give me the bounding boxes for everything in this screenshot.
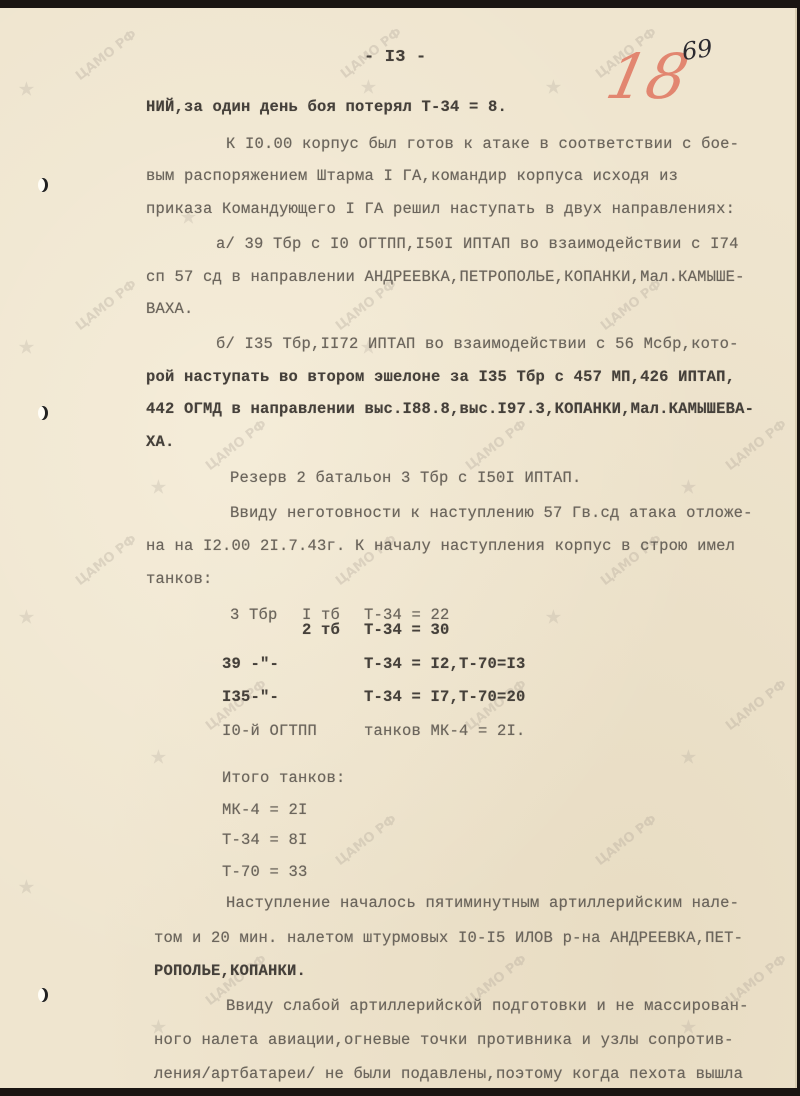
handwritten-archive-number: 69 [680,34,714,66]
tank-table-value: танков МК-4 = 2I. [364,722,526,740]
totals-item: Т-70 = 33 [222,863,308,881]
watermark: ЦАМО РФ [598,277,665,334]
text-line: ления/артбатареи/ не были подавлены,поэт… [154,1065,743,1083]
tank-table-unit: 39 -"- [222,655,279,673]
text-line: сп 57 сд в направлении АНДРЕЕВКА,ПЕТРОПО… [146,268,745,286]
text-line: вым распоряжением Штарма I ГА,командир к… [146,167,678,185]
text-line: а/ 39 Тбр с I0 ОГТПП,I50I ИПТАП во взаим… [216,235,739,253]
totals-item: Т-34 = 8I [222,831,308,849]
star-watermark-icon: ★ [545,598,562,633]
tank-table-unit: I0-й ОГТПП [222,722,317,740]
punch-hole [38,406,48,420]
text-line: том и 20 мин. налетом штурмовых I0-I5 ИЛ… [154,929,743,947]
text-line: 442 ОГМД в направлении выс.I88.8,выс.I97… [146,400,754,418]
text-line: Резерв 2 батальон 3 Тбр с I50I ИПТАП. [230,469,582,487]
star-watermark-icon: ★ [150,738,167,773]
punch-hole [38,988,48,1002]
text-line: Ввиду неготовности к наступлению 57 Гв.с… [230,504,753,522]
totals-item: МК-4 = 2I [222,801,308,819]
document-page: ЦАМО РФ ЦАМО РФ ЦАМО РФ ЦАМО РФ ЦАМО РФ … [0,8,797,1088]
text-line: РОПОЛЬЕ,КОПАНКИ. [154,962,306,980]
text-line: НИЙ,за один день боя потерял Т-34 = 8. [146,98,507,116]
text-line: на на I2.00 2I.7.43г. К началу наступлен… [146,537,735,555]
text-line: ВАХА. [146,300,194,318]
star-watermark-icon: ★ [680,468,697,503]
text-line: Наступление началось пятиминутным артилл… [226,894,739,912]
text-line: б/ I35 Тбр,II72 ИПТАП во взаимодействии … [216,335,739,353]
star-watermark-icon: ★ [680,738,697,773]
tank-table-sub: 2 тб [302,621,340,639]
watermark: ЦАМО РФ [333,277,400,334]
punch-hole [38,178,48,192]
watermark: ЦАМО РФ [203,417,270,474]
watermark: ЦАМО РФ [723,677,790,734]
watermark: ЦАМО РФ [333,812,400,869]
star-watermark-icon: ★ [18,868,35,903]
watermark: ЦАМО РФ [593,812,660,869]
text-line: К I0.00 корпус был готов к атаке в соотв… [226,135,739,153]
text-line: рой наступать во втором эшелоне за I35 Т… [146,368,735,386]
watermark: ЦАМО РФ [463,417,530,474]
totals-header: Итого танков: [222,769,346,787]
star-watermark-icon: ★ [545,68,562,103]
tank-table-unit: 3 Тбр [230,606,278,624]
page-number: - I3 - [364,48,426,67]
star-watermark-icon: ★ [18,70,35,105]
tank-table-value: Т-34 = 30 [364,621,450,639]
star-watermark-icon: ★ [18,598,35,633]
text-line: Ввиду слабой артиллерийской подготовки и… [226,997,749,1015]
text-line: танков: [146,570,213,588]
watermark: ЦАМО РФ [73,277,140,334]
watermark: ЦАМО РФ [723,417,790,474]
text-line: приказа Командующего I ГА решил наступат… [146,200,735,218]
text-line: ХА. [146,433,175,451]
text-line: ного налета авиации,огневые точки против… [154,1031,734,1049]
handwritten-sheet-number: 18 [600,40,694,113]
tank-table-unit: I35-"- [222,688,279,706]
tank-table-value: Т-34 = I7,Т-70=20 [364,688,526,706]
star-watermark-icon: ★ [150,468,167,503]
tank-table-value: Т-34 = I2,Т-70=I3 [364,655,526,673]
watermark: ЦАМО РФ [73,532,140,589]
star-watermark-icon: ★ [18,328,35,363]
watermark: ЦАМО РФ [73,27,140,84]
